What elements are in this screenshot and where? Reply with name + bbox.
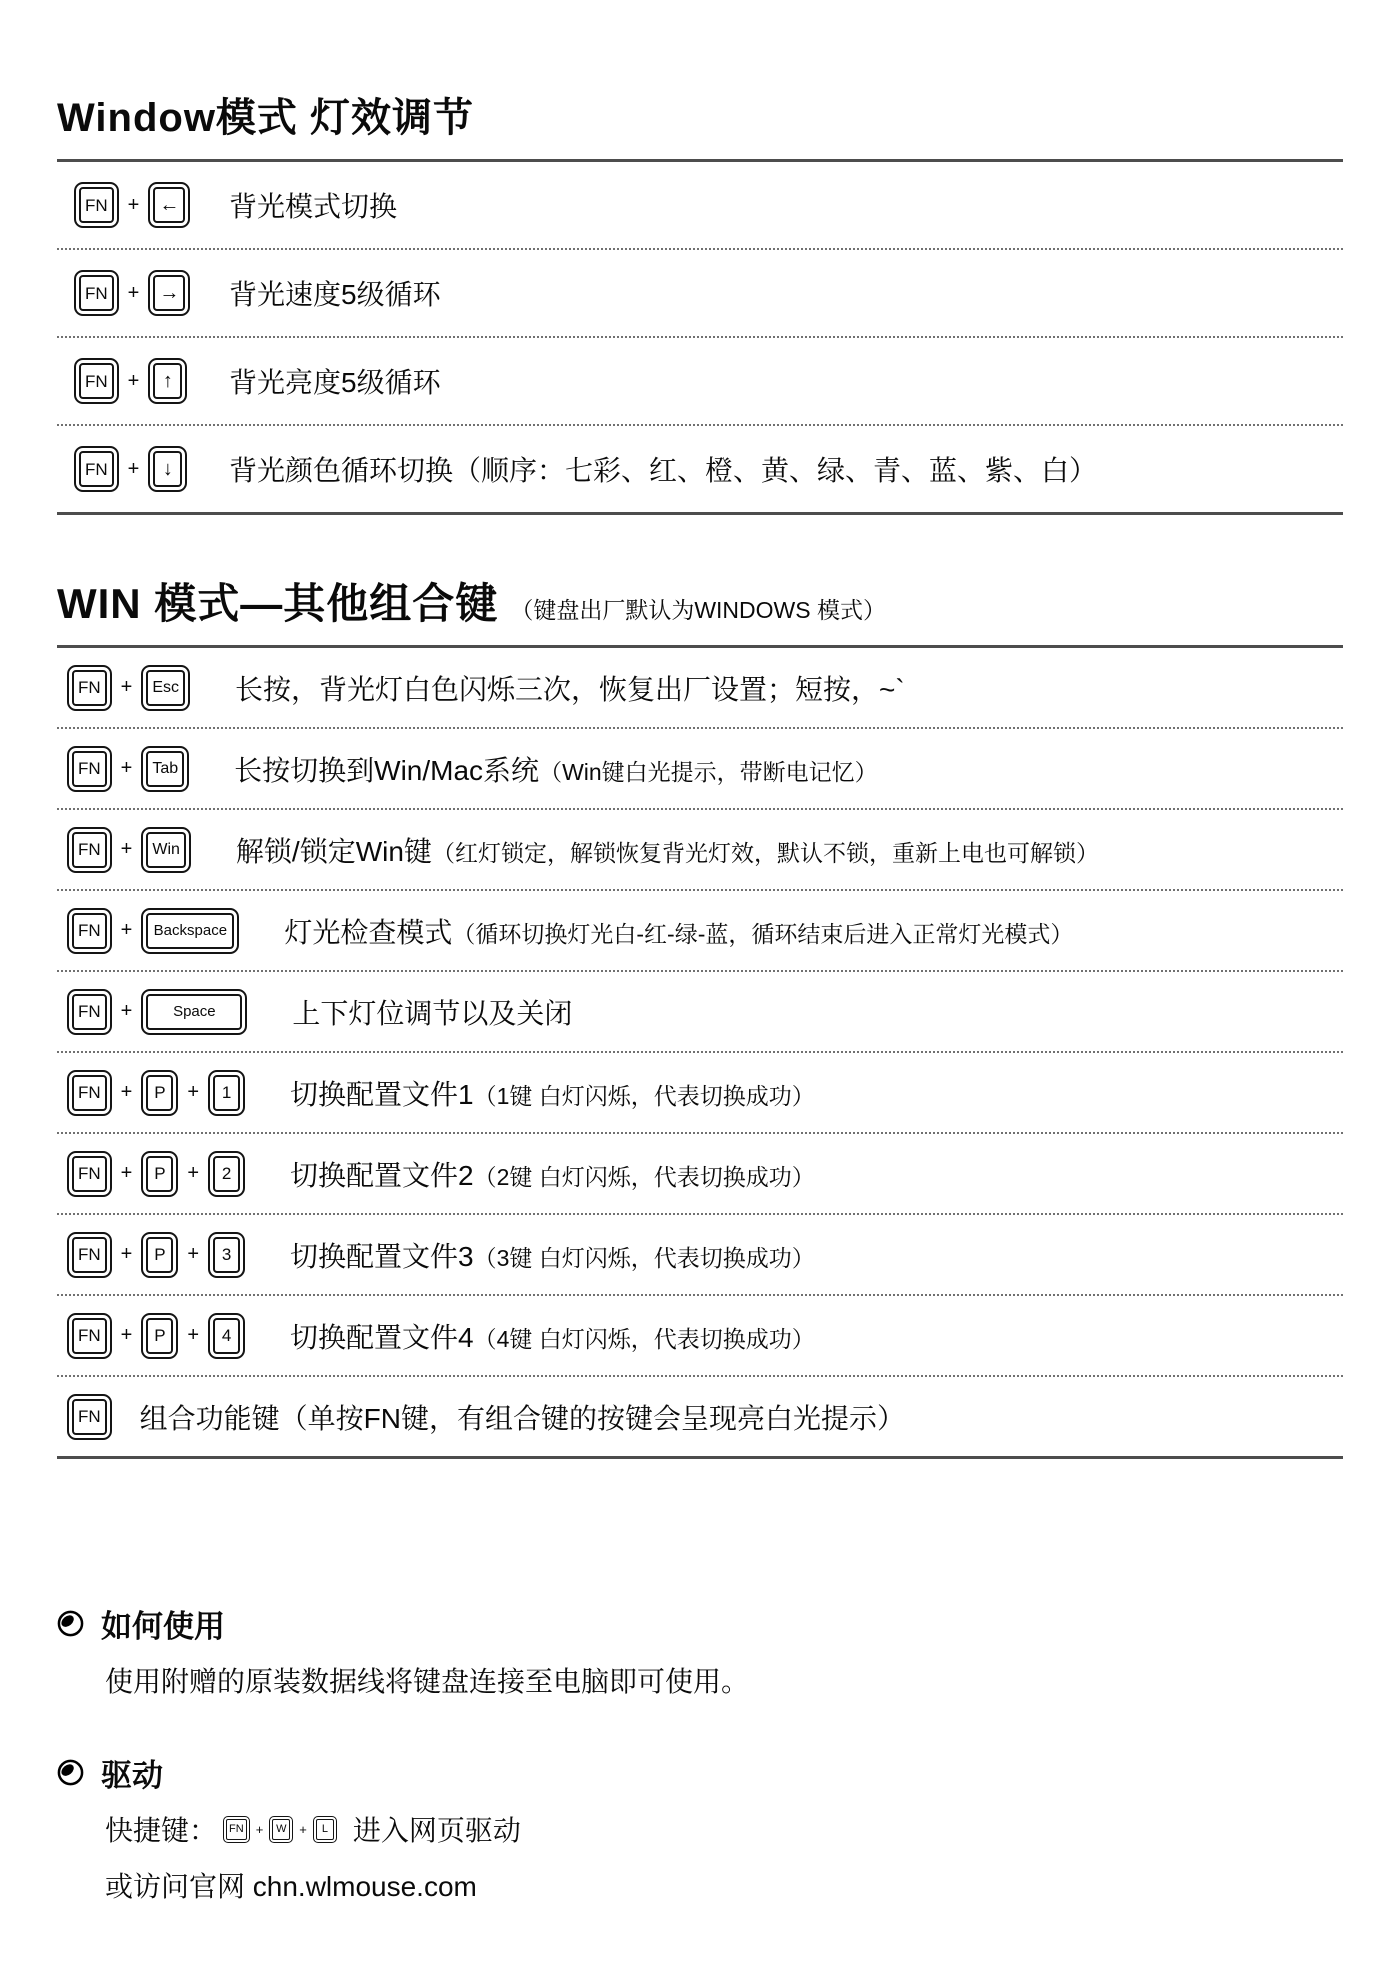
plus-sign: + xyxy=(187,1243,199,1266)
keycap-4: 4 xyxy=(208,1313,245,1359)
plus-sign: + xyxy=(299,1822,307,1837)
key-combo: FN + P + 4 xyxy=(57,1313,245,1359)
how-to-use-title: 如何使用 xyxy=(101,1601,225,1646)
keycap-fn: FN xyxy=(67,1151,112,1197)
plus-sign: + xyxy=(121,757,133,780)
keycap-1: 1 xyxy=(208,1070,245,1116)
key-combo: FN + P + 2 xyxy=(57,1151,245,1197)
driver-shortcut-line: 快捷键： FN + W + L 进入网页驱动 xyxy=(105,1809,1343,1849)
keycap-fn: FN xyxy=(223,1816,250,1843)
plus-sign: + xyxy=(256,1822,264,1837)
plus-sign: + xyxy=(187,1081,199,1104)
key-combo: FN + Space xyxy=(57,989,247,1035)
keycap-arrow-left: ← xyxy=(148,182,190,228)
key-combo: FN + Esc xyxy=(57,665,190,711)
window-mode-table: FN + ← 背光模式切换 FN + → 背光速度5级循环 FN + ↑ 背光亮… xyxy=(57,162,1343,515)
keycap-3: 3 xyxy=(208,1232,245,1278)
keycap-fn: FN xyxy=(67,1232,112,1278)
keycap-space: Space xyxy=(141,989,247,1035)
how-to-use-heading: 如何使用 xyxy=(57,1601,1343,1646)
plus-sign: + xyxy=(121,1081,133,1104)
keycap-p: P xyxy=(141,1151,178,1197)
key-combo: FN + P + 1 xyxy=(57,1070,245,1116)
key-combo: FN xyxy=(57,1394,112,1440)
keycap-w: W xyxy=(269,1816,293,1843)
shortcut-row: FN + → 背光速度5级循环 xyxy=(57,250,1343,336)
driver-website-line: 或访问官网 chn.wlmouse.com xyxy=(105,1865,1343,1905)
key-combo: FN + Tab xyxy=(57,746,189,792)
keycap-win: Win xyxy=(141,827,191,873)
shortcut-row: FN + Space 上下灯位调节以及关闭 xyxy=(57,972,1343,1051)
win-mode-title: WIN 模式—其他组合键 xyxy=(57,571,498,631)
divider xyxy=(57,1456,1343,1459)
shortcut-row: FN + Win 解锁/锁定Win键（红灯锁定，解锁恢复背光灯效，默认不锁，重新… xyxy=(57,810,1343,889)
shortcut-row: FN 组合功能键（单按FN键，有组合键的按键会呈现亮白光提示） xyxy=(57,1377,1343,1456)
driver-shortcut-prefix: 快捷键： xyxy=(105,1809,217,1849)
keycap-arrow-right: → xyxy=(148,270,190,316)
plus-sign: + xyxy=(121,676,133,699)
plus-sign: + xyxy=(121,1243,133,1266)
plus-sign: + xyxy=(128,282,140,305)
shortcut-description: 解锁/锁定Win键（红灯锁定，解锁恢复背光灯效，默认不锁，重新上电也可解锁） xyxy=(236,830,1099,870)
shortcut-description: 灯光检查模式（循环切换灯光白-红-绿-蓝，循环结束后进入正常灯光模式） xyxy=(284,911,1073,951)
keycap-fn: FN xyxy=(74,358,119,404)
keycap-fn: FN xyxy=(74,182,119,228)
keycap-p: P xyxy=(141,1070,178,1116)
divider xyxy=(57,512,1343,515)
shortcut-row: FN + Esc 长按，背光灯白色闪烁三次，恢复出厂设置；短按，~` xyxy=(57,648,1343,727)
keycap-l: L xyxy=(313,1816,337,1843)
keycap-tab: Tab xyxy=(141,746,189,792)
plus-sign: + xyxy=(128,370,140,393)
keycap-p: P xyxy=(141,1313,178,1359)
section-title-win-mode: WIN 模式—其他组合键 （键盘出厂默认为WINDOWS 模式） xyxy=(57,571,1343,631)
shortcut-description: 组合功能键（单按FN键，有组合键的按键会呈现亮白光提示） xyxy=(140,1397,905,1437)
shortcut-description: 切换配置文件3（3键 白灯闪烁，代表切换成功） xyxy=(290,1235,815,1275)
keycap-fn: FN xyxy=(67,665,112,711)
shortcut-description: 背光速度5级循环 xyxy=(229,273,441,313)
keycap-arrow-up: ↑ xyxy=(148,358,187,404)
shortcut-description: 长按，背光灯白色闪烁三次，恢复出厂设置；短按，~` xyxy=(235,668,905,708)
key-combo: FN + ↑ xyxy=(57,358,229,404)
key-combo: FN + ← xyxy=(57,182,229,228)
key-combo: FN + Backspace xyxy=(57,908,239,954)
keycap-2: 2 xyxy=(208,1151,245,1197)
shortcut-description: 上下灯位调节以及关闭 xyxy=(292,992,572,1032)
keycap-fn: FN xyxy=(74,446,119,492)
plus-sign: + xyxy=(128,458,140,481)
driver-shortcut-suffix: 进入网页驱动 xyxy=(353,1809,521,1849)
keycap-p: P xyxy=(141,1232,178,1278)
shortcut-row: FN + P + 1 切换配置文件1（1键 白灯闪烁，代表切换成功） xyxy=(57,1053,1343,1132)
plus-sign: + xyxy=(121,1000,133,1023)
shortcut-row: FN + Backspace 灯光检查模式（循环切换灯光白-红-绿-蓝，循环结束… xyxy=(57,891,1343,970)
keycap-backspace: Backspace xyxy=(141,908,239,954)
plus-sign: + xyxy=(128,194,140,217)
keycap-arrow-down: ↓ xyxy=(148,446,187,492)
key-combo: FN + P + 3 xyxy=(57,1232,245,1278)
plus-sign: + xyxy=(187,1324,199,1347)
shortcut-description: 切换配置文件2（2键 白灯闪烁，代表切换成功） xyxy=(290,1154,815,1194)
shortcut-row: FN + Tab 长按切换到Win/Mac系统（Win键白光提示，带断电记忆） xyxy=(57,729,1343,808)
plus-sign: + xyxy=(121,838,133,861)
shortcut-row: FN + P + 4 切换配置文件4（4键 白灯闪烁，代表切换成功） xyxy=(57,1296,1343,1375)
shortcut-description: 切换配置文件1（1键 白灯闪烁，代表切换成功） xyxy=(290,1073,815,1113)
shortcut-description: 背光颜色循环切换（顺序：七彩、红、橙、黄、绿、青、蓝、紫、白） xyxy=(229,449,1097,489)
win-mode-table: FN + Esc 长按，背光灯白色闪烁三次，恢复出厂设置；短按，~` FN + … xyxy=(57,648,1343,1459)
plus-sign: + xyxy=(121,1324,133,1347)
shortcut-row: FN + ← 背光模式切换 xyxy=(57,162,1343,248)
bullet-icon xyxy=(57,1759,84,1786)
keycap-fn: FN xyxy=(67,908,112,954)
win-mode-subtitle: （键盘出厂默认为WINDOWS 模式） xyxy=(510,592,886,625)
shortcut-row: FN + P + 2 切换配置文件2（2键 白灯闪烁，代表切换成功） xyxy=(57,1134,1343,1213)
driver-title: 驱动 xyxy=(101,1750,163,1795)
keycap-fn: FN xyxy=(67,1313,112,1359)
key-combo: FN + → xyxy=(57,270,229,316)
shortcut-description: 长按切换到Win/Mac系统（Win键白光提示，带断电记忆） xyxy=(234,749,878,789)
shortcut-description: 切换配置文件4（4键 白灯闪烁，代表切换成功） xyxy=(290,1316,815,1356)
section-title-window-mode: Window模式 灯效调节 xyxy=(57,86,1343,143)
manual-page: Window模式 灯效调节 FN + ← 背光模式切换 FN + → 背光速度5… xyxy=(0,0,1400,1980)
driver-heading: 驱动 xyxy=(57,1750,1343,1795)
plus-sign: + xyxy=(121,919,133,942)
shortcut-description: 背光模式切换 xyxy=(229,185,397,225)
keycap-esc: Esc xyxy=(141,665,190,711)
keycap-fn: FN xyxy=(67,1394,112,1440)
how-to-use-body: 使用附赠的原装数据线将键盘连接至电脑即可使用。 xyxy=(105,1660,1343,1700)
shortcut-row: FN + P + 3 切换配置文件3（3键 白灯闪烁，代表切换成功） xyxy=(57,1215,1343,1294)
bullet-icon xyxy=(57,1610,84,1637)
keycap-fn: FN xyxy=(67,1070,112,1116)
driver-section: 驱动 快捷键： FN + W + L 进入网页驱动 或访问官网 chn.wlmo… xyxy=(57,1750,1343,1905)
key-combo: FN + ↓ xyxy=(57,446,229,492)
keycap-fn: FN xyxy=(67,746,112,792)
shortcut-description: 背光亮度5级循环 xyxy=(229,361,441,401)
plus-sign: + xyxy=(121,1162,133,1185)
key-combo: FN + Win xyxy=(57,827,191,873)
shortcut-row: FN + ↑ 背光亮度5级循环 xyxy=(57,338,1343,424)
keycap-fn: FN xyxy=(67,827,112,873)
shortcut-row: FN + ↓ 背光颜色循环切换（顺序：七彩、红、橙、黄、绿、青、蓝、紫、白） xyxy=(57,426,1343,512)
plus-sign: + xyxy=(187,1162,199,1185)
keycap-fn: FN xyxy=(67,989,112,1035)
keycap-fn: FN xyxy=(74,270,119,316)
how-to-use-section: 如何使用 使用附赠的原装数据线将键盘连接至电脑即可使用。 xyxy=(57,1601,1343,1700)
